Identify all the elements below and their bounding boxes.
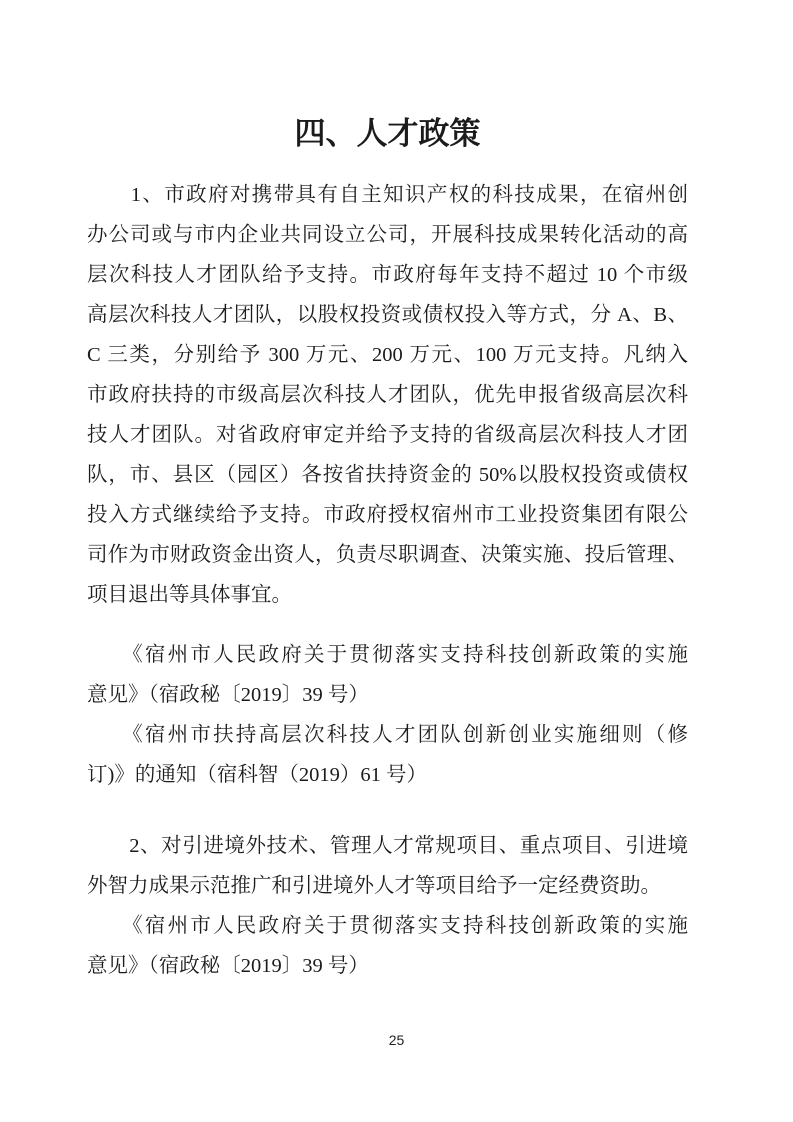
policy-item-2-paragraph: 2、对引进境外技术、管理人才常规项目、重点项目、引进境外智力成果示范推广和引进境… (87, 826, 688, 906)
page-number: 25 (0, 1031, 793, 1049)
text-line: 2、对引进境外技术、管理人才常规项目、重点项目、引进境 (87, 826, 688, 866)
text-line: 队，市、县区（园区）各按省扶持资金的 50%以股权投资或债权 (87, 455, 688, 495)
text-line: 外智力成果示范推广和引进境外人才等项目给予一定经费资助。 (87, 866, 688, 906)
text-line: 1、市政府对携带具有自主知识产权的科技成果，在宿州创 (87, 175, 688, 215)
section-title: 四、人才政策 (87, 114, 688, 154)
text-line: C 三类，分别给予 300 万元、200 万元、100 万元支持。凡纳入 (87, 335, 688, 375)
policy-item-1-reference-1: 《宿州市人民政府关于贯彻落实支持科技创新政策的实施意见》（宿政秘〔2019〕39… (87, 635, 688, 715)
text-line: 投入方式继续给予支持。市政府授权宿州市工业投资集团有限公 (87, 495, 688, 535)
text-line: 《宿州市人民政府关于贯彻落实支持科技创新政策的实施 (87, 906, 688, 946)
text-line: 《宿州市人民政府关于贯彻落实支持科技创新政策的实施 (87, 635, 688, 675)
document-page: 四、人才政策 1、市政府对携带具有自主知识产权的科技成果，在宿州创办公司或与市内… (0, 0, 793, 1122)
text-line: 意见》（宿政秘〔2019〕39 号） (87, 675, 688, 715)
text-line: 办公司或与市内企业共同设立公司，开展科技成果转化活动的高 (87, 215, 688, 255)
text-line: 市政府扶持的市级高层次科技人才团队，优先申报省级高层次科 (87, 375, 688, 415)
text-line: 《宿州市扶持高层次科技人才团队创新创业实施细则（修 (87, 715, 688, 755)
text-line: 订)》的通知（宿科智（2019）61 号） (87, 755, 688, 795)
text-line: 项目退出等具体事宜。 (87, 575, 688, 615)
page-content: 四、人才政策 1、市政府对携带具有自主知识产权的科技成果，在宿州创办公司或与市内… (87, 0, 688, 986)
text-line: 意见》（宿政秘〔2019〕39 号） (87, 946, 688, 986)
policy-item-2-reference-1: 《宿州市人民政府关于贯彻落实支持科技创新政策的实施意见》（宿政秘〔2019〕39… (87, 906, 688, 986)
policy-item-1-reference-2: 《宿州市扶持高层次科技人才团队创新创业实施细则（修订)》的通知（宿科智（2019… (87, 715, 688, 795)
policy-item-1-paragraph: 1、市政府对携带具有自主知识产权的科技成果，在宿州创办公司或与市内企业共同设立公… (87, 175, 688, 615)
text-line: 司作为市财政资金出资人，负责尽职调查、决策实施、投后管理、 (87, 535, 688, 575)
text-line: 技人才团队。对省政府审定并给予支持的省级高层次科技人才团 (87, 415, 688, 455)
text-line: 层次科技人才团队给予支持。市政府每年支持不超过 10 个市级 (87, 255, 688, 295)
text-line: 高层次科技人才团队，以股权投资或债权投入等方式，分 A、B、 (87, 295, 688, 335)
